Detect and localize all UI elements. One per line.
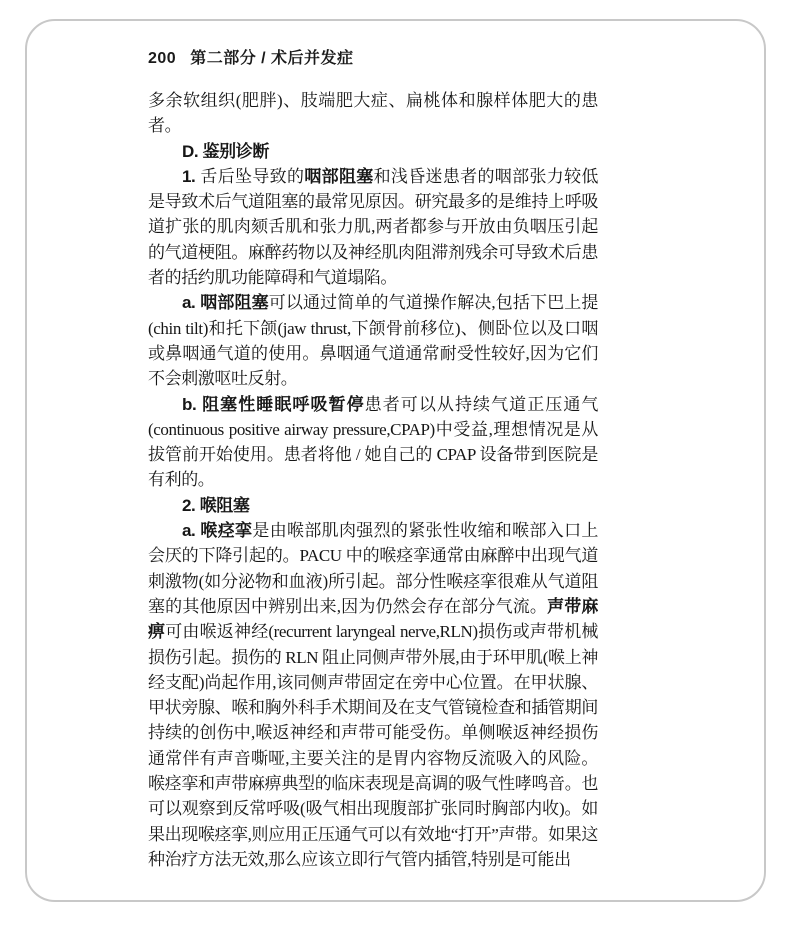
body-text: 多余软组织(肥胖)、肢端肥大症、扁桃体和腺样体肥大的患者。D. 鉴别诊断1. 舌… <box>148 88 598 878</box>
bold-run: a. 咽部阻塞 <box>182 293 269 312</box>
bold-run: 1. <box>182 167 200 186</box>
running-header: 200第二部分 / 术后并发症 <box>148 45 354 68</box>
bold-run: b. 阻塞性睡眠呼吸暂停 <box>182 395 365 414</box>
bold-run: 2. 喉阻塞 <box>182 496 250 515</box>
page-number: 200 <box>148 50 176 67</box>
paragraph: 1. 舌后坠导致的咽部阻塞和浅昏迷患者的咽部张力较低是导致术后气道阻塞的最常见原… <box>148 164 598 290</box>
page-canvas: 200第二部分 / 术后并发症 多余软组织(肥胖)、肢端肥大症、扁桃体和腺样体肥… <box>0 0 790 930</box>
paragraph: 2. 喉阻塞 <box>148 493 598 518</box>
paragraph: 多余软组织(肥胖)、肢端肥大症、扁桃体和腺样体肥大的患者。 <box>148 88 598 139</box>
paragraph: a. 喉痉挛是由喉部肌肉强烈的紧张性收缩和喉部入口上会厌的下降引起的。PACU … <box>148 518 598 872</box>
bold-run: a. 喉痉挛 <box>182 521 252 540</box>
text-run: 舌后坠导致的 <box>200 167 304 186</box>
text-run: 多余软组织(肥胖)、肢端肥大症、扁桃体和腺样体肥大的患者。 <box>148 91 598 135</box>
section-title: 第二部分 / 术后并发症 <box>190 50 353 67</box>
bold-run: 咽部阻塞 <box>304 167 373 186</box>
paragraph: a. 咽部阻塞可以通过简单的气道操作解决,包括下巴上提(chin tilt)和托… <box>148 290 598 391</box>
text-run: 可由喉返神经(recurrent laryngeal nerve,RLN)损伤或… <box>148 622 598 869</box>
paragraph: b. 阻塞性睡眠呼吸暂停患者可以从持续气道正压通气(continuous pos… <box>148 392 598 493</box>
paragraph: D. 鉴别诊断 <box>148 139 598 164</box>
bold-run: D. 鉴别诊断 <box>182 142 269 161</box>
